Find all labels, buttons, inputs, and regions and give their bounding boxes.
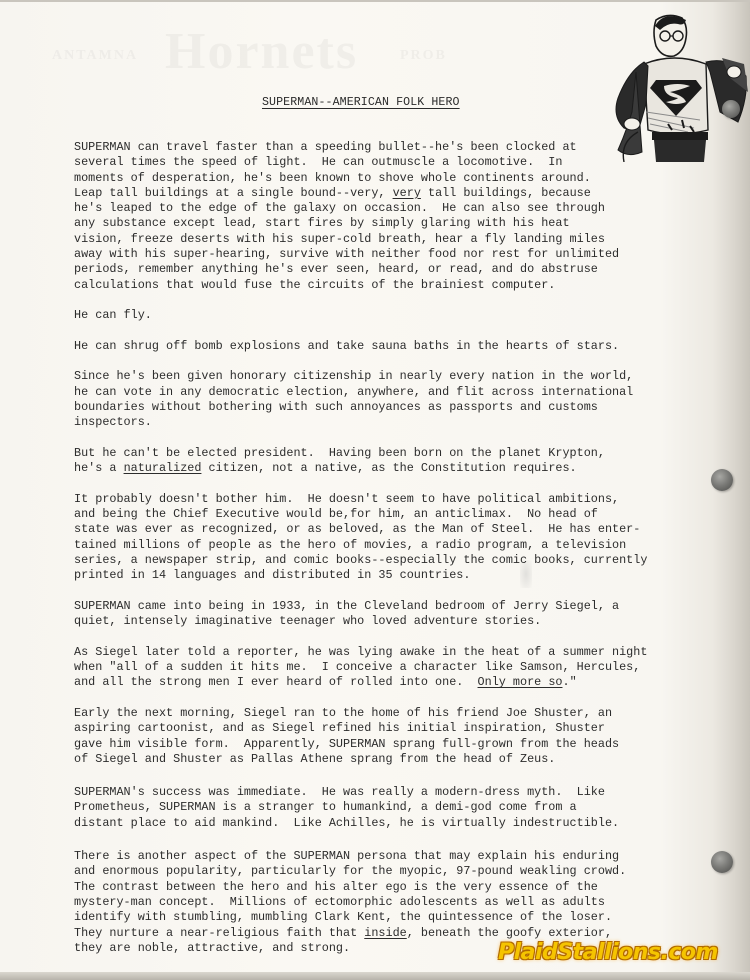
text-line: printed in 14 languages and distributed … [74,568,714,583]
text-line: of Siegel and Shuster as Pallas Athene s… [74,752,714,767]
site-watermark: PlaidStallions.com [498,940,718,965]
underlined-emphasis: naturalized [124,461,202,475]
text-line: But he can't be elected president. Havin… [74,446,714,461]
paragraph: Early the next morning, Siegel ran to th… [74,706,714,767]
document-title: SUPERMAN--AMERICAN FOLK HERO [262,96,460,109]
text-line: boundaries without bothering with such a… [74,400,714,415]
underlined-emphasis: Only more so [478,675,563,689]
ghost-letterhead-left: ANTAMNA [52,48,138,64]
text-line: periods, remember anything he's ever see… [74,262,714,277]
text-line: when "all of a sudden it hits me. I conc… [74,660,714,675]
text-line: he can vote in any democratic election, … [74,385,714,400]
paragraph: As Siegel later told a reporter, he was … [74,645,714,691]
text-line: and enormous popularity, particularly fo… [74,864,714,879]
paragraph: But he can't be elected president. Havin… [74,446,714,477]
scanned-page: ANTAMNA Hornets PROB SUPERMAN--AMERICAN … [0,0,750,980]
text-line: quiet, intensely imaginative teenager wh… [74,614,714,629]
ghost-letterhead-center: Hornets [165,22,358,81]
text-line: As Siegel later told a reporter, he was … [74,645,714,660]
text-line: SUPERMAN can travel faster than a speedi… [74,140,714,155]
text-line: and being the Chief Executive would be,f… [74,507,714,522]
text-line: They nurture a near-religious faith that… [74,926,714,941]
ghost-letterhead-right: PROB [400,48,447,64]
text-line: several times the speed of light. He can… [74,155,714,170]
punch-hole-bottom [711,851,733,873]
text-line: away with his super-hearing, survive wit… [74,247,714,262]
text-line: any substance except lead, start fires b… [74,216,714,231]
text-line: It probably doesn't bother him. He doesn… [74,492,714,507]
paragraph: SUPERMAN's success was immediate. He was… [74,785,714,831]
paragraph: It probably doesn't bother him. He doesn… [74,492,714,584]
page-bottom-edge [0,972,750,980]
paragraph: SUPERMAN came into being in 1933, in the… [74,599,714,630]
text-line: The contrast between the hero and his al… [74,880,714,895]
text-line: calculations that would fuse the circuit… [74,278,714,293]
document-body: SUPERMAN can travel faster than a speedi… [74,140,714,971]
paragraph: He can fly. [74,308,714,323]
text-line: vision, freeze deserts with his super-co… [74,232,714,247]
text-line: Since he's been given honorary citizensh… [74,369,714,384]
text-line: Early the next morning, Siegel ran to th… [74,706,714,721]
paragraph: He can shrug off bomb explosions and tak… [74,339,714,354]
text-line: gave him visible form. Apparently, SUPER… [74,737,714,752]
underlined-emphasis: very [393,186,421,200]
page-top-edge [0,0,750,2]
text-line: He can shrug off bomb explosions and tak… [74,339,714,354]
text-line: he's a naturalized citizen, not a native… [74,461,714,476]
text-line: Leap tall buildings at a single bound--v… [74,186,714,201]
punch-hole-top [722,100,740,118]
paragraph: SUPERMAN can travel faster than a speedi… [74,140,714,293]
punch-hole-middle [711,469,733,491]
text-line: series, a newspaper strip, and comic boo… [74,553,714,568]
text-line: SUPERMAN's success was immediate. He was… [74,785,714,800]
text-line: mystery-man concept. Millions of ectomor… [74,895,714,910]
text-line: SUPERMAN came into being in 1933, in the… [74,599,714,614]
text-line: He can fly. [74,308,714,323]
text-line: and all the strong men I ever heard of r… [74,675,714,690]
text-line: identify with stumbling, mumbling Clark … [74,910,714,925]
text-line: state was ever as recognized, or as belo… [74,522,714,537]
text-line: inspectors. [74,415,714,430]
text-line: aspiring cartoonist, and as Siegel refin… [74,721,714,736]
text-line: moments of desperation, he's been known … [74,171,714,186]
paragraph: Since he's been given honorary citizensh… [74,369,714,430]
underlined-emphasis: inside [364,926,406,940]
text-line: he's leaped to the edge of the galaxy on… [74,201,714,216]
text-line: There is another aspect of the SUPERMAN … [74,849,714,864]
text-line: tained millions of people as the hero of… [74,538,714,553]
text-line: Prometheus, SUPERMAN is a stranger to hu… [74,800,714,815]
text-line: distant place to aid mankind. Like Achil… [74,816,714,831]
